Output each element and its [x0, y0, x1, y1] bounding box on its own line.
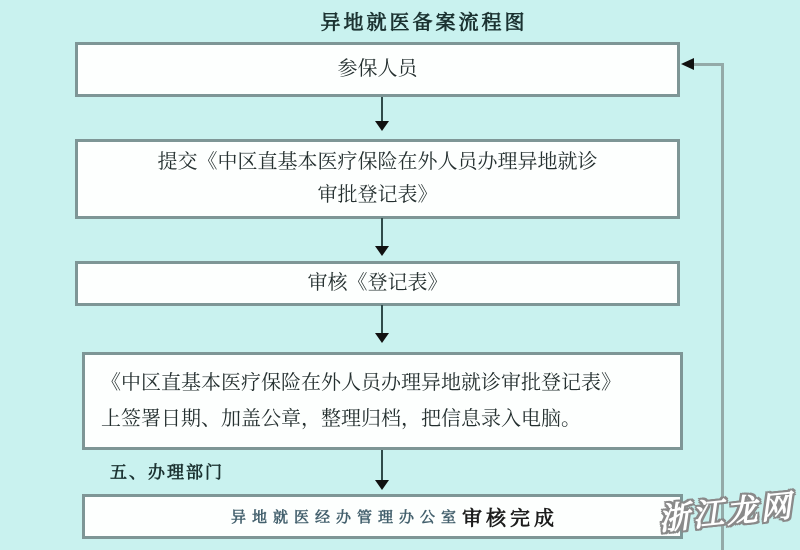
flow-arrow-4-stem: [381, 450, 383, 482]
node-text: 上签署日期、加盖公章，整理归档，把信息录入电脑。: [101, 401, 680, 437]
page-title: 异地就医备案流程图: [124, 6, 724, 35]
node-review-form: 审核《登记表》: [75, 261, 680, 306]
node-text: 审核《登记表》: [78, 267, 677, 300]
watermark: 浙江龙网: [656, 480, 796, 539]
section-label-handling-department: 五、办理部门: [110, 458, 224, 483]
flow-arrow-2-stem: [381, 218, 383, 248]
flow-arrow-3-stem: [381, 305, 383, 335]
return-line-horizontal: [694, 63, 723, 66]
return-left-arrow-icon: [681, 58, 694, 70]
node-completion: 异地就医经办管理办公室审核完成: [82, 494, 683, 539]
node-text: 审批登记表》: [78, 179, 677, 212]
node-text: 《中区直基本医疗保险在外人员办理异地就诊审批登记表》: [101, 365, 680, 401]
flow-arrow-3-down-arrow-icon: [375, 333, 389, 343]
flow-arrow-2-down-arrow-icon: [375, 246, 389, 256]
node-text: 提交《中区直基本医疗保险在外人员办理异地就诊: [78, 146, 677, 179]
department-name: 异地就医经办管理办公室: [231, 506, 462, 527]
node-submit-form: 提交《中区直基本医疗保险在外人员办理异地就诊 审批登记表》: [75, 139, 680, 219]
flow-arrow-1-down-arrow-icon: [375, 121, 389, 131]
node-stamp-archive: 《中区直基本医疗保险在外人员办理异地就诊审批登记表》 上签署日期、加盖公章，整理…: [82, 352, 683, 450]
return-line-vertical: [721, 63, 724, 550]
completion-status: 审核完成: [462, 502, 558, 531]
flow-arrow-4-down-arrow-icon: [375, 480, 389, 490]
node-insured-person: 参保人员: [75, 42, 680, 97]
flow-arrow-1-stem: [381, 97, 383, 123]
node-text: 参保人员: [78, 53, 677, 86]
